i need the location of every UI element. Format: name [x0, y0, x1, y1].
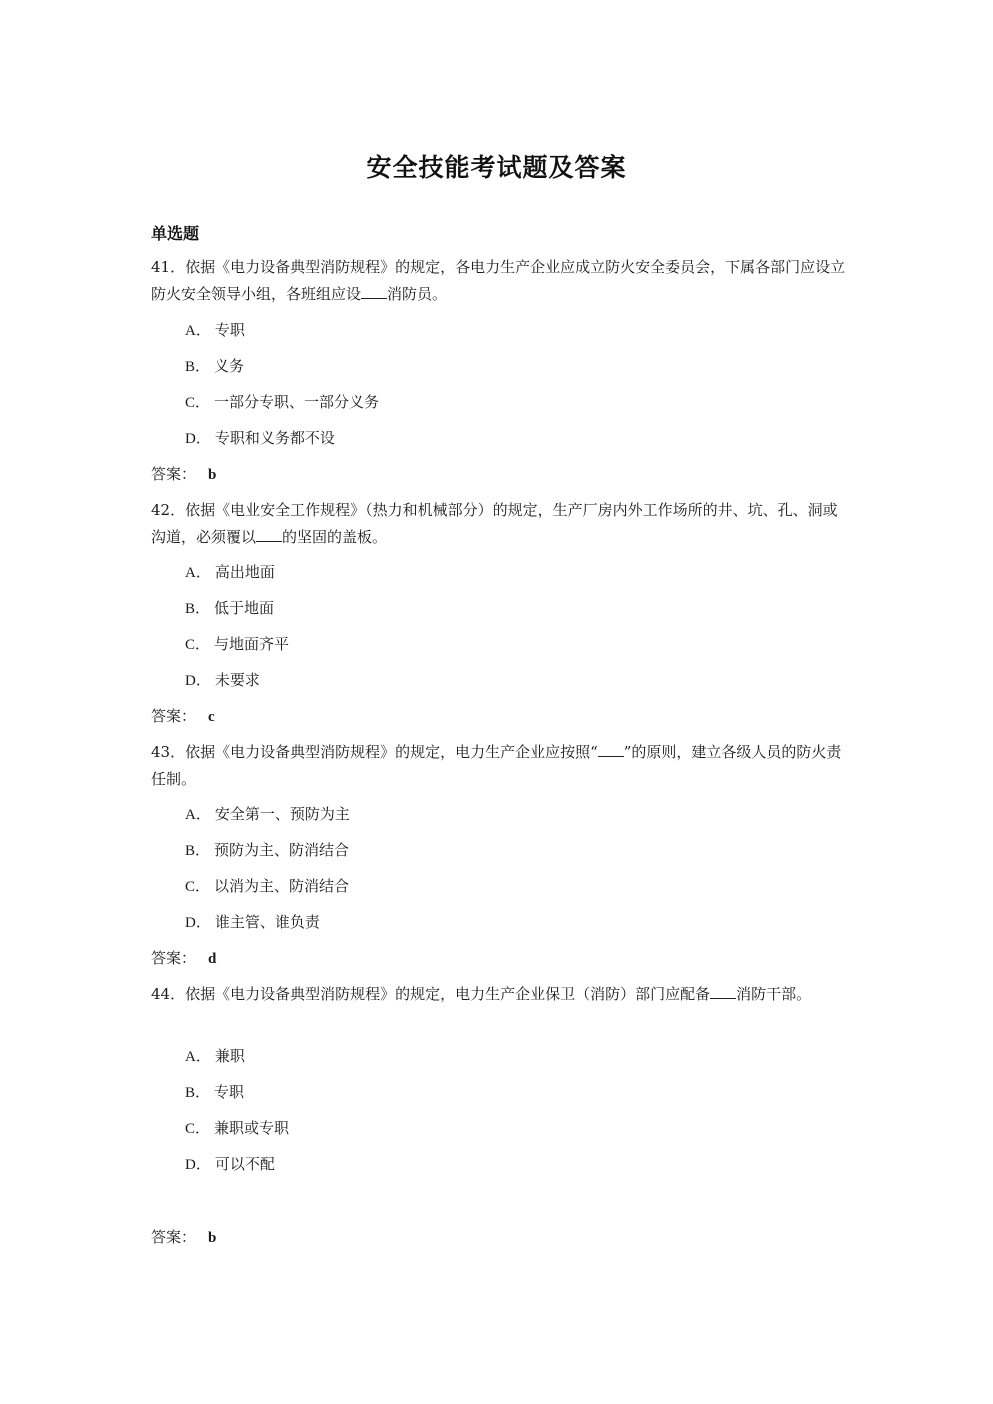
question-text: 依据《电业安全工作规程》（热力和机械部分）的规定，生产厂房内外工作场所的井、坑、… [151, 501, 838, 546]
page-title: 安全技能考试题及答案 [0, 148, 993, 184]
question-text: 依据《电力设备典型消防规程》的规定，电力生产企业保卫（消防）部门应配备 [185, 985, 710, 1003]
option-a: A．安全第一、预防为主 [185, 804, 350, 825]
option-b: B．义务 [185, 356, 244, 377]
answer-44: 答案：b [151, 1227, 216, 1248]
question-text-tail: 的坚固的盖板。 [282, 528, 387, 546]
question-43: 43．依据《电力设备典型消防规程》的规定，电力生产企业应按照“”的原则，建立各级… [151, 739, 846, 793]
answer-41: 答案：b [151, 464, 216, 485]
option-b: B．专职 [185, 1082, 244, 1103]
question-number: 42． [151, 501, 185, 519]
option-b: B．预防为主、防消结合 [185, 840, 349, 861]
fill-blank [361, 284, 387, 299]
question-41: 41．依据《电力设备典型消防规程》的规定，各电力生产企业应成立防火安全委员会，下… [151, 254, 846, 308]
document-page: 安全技能考试题及答案 单选题 41．依据《电力设备典型消防规程》的规定，各电力生… [0, 0, 993, 1404]
question-text: 依据《电力设备典型消防规程》的规定，电力生产企业应按照“ [185, 743, 598, 761]
option-d: D．专职和义务都不设 [185, 428, 335, 449]
option-b: B．低于地面 [185, 598, 274, 619]
section-heading: 单选题 [151, 221, 199, 244]
question-number: 41． [151, 258, 185, 276]
question-text-tail: 消防干部。 [736, 985, 811, 1003]
option-a: A．兼职 [185, 1046, 245, 1067]
answer-43: 答案：d [151, 948, 216, 969]
answer-value: b [208, 1230, 216, 1246]
question-text: 依据《电力设备典型消防规程》的规定，各电力生产企业应成立防火安全委员会，下属各部… [151, 258, 845, 303]
option-d: D．谁主管、谁负责 [185, 912, 320, 933]
option-c: C．以消为主、防消结合 [185, 876, 349, 897]
option-d: D．可以不配 [185, 1154, 275, 1175]
question-text-tail: 消防员。 [387, 285, 447, 303]
answer-value: d [208, 951, 216, 967]
fill-blank [710, 984, 736, 999]
option-c: C．一部分专职、一部分义务 [185, 392, 379, 413]
fill-blank [598, 742, 624, 757]
option-a: A．专职 [185, 320, 245, 341]
option-d: D．未要求 [185, 670, 260, 691]
answer-42: 答案：c [151, 706, 215, 727]
answer-value: b [208, 467, 216, 483]
question-42: 42．依据《电业安全工作规程》（热力和机械部分）的规定，生产厂房内外工作场所的井… [151, 497, 846, 551]
question-number: 43． [151, 743, 185, 761]
question-number: 44． [151, 985, 185, 1003]
option-a: A．高出地面 [185, 562, 275, 583]
option-c: C．与地面齐平 [185, 634, 289, 655]
option-c: C．兼职或专职 [185, 1118, 289, 1139]
question-44: 44．依据《电力设备典型消防规程》的规定，电力生产企业保卫（消防）部门应配备消防… [151, 981, 846, 1008]
fill-blank [256, 527, 282, 542]
answer-value: c [208, 709, 215, 725]
